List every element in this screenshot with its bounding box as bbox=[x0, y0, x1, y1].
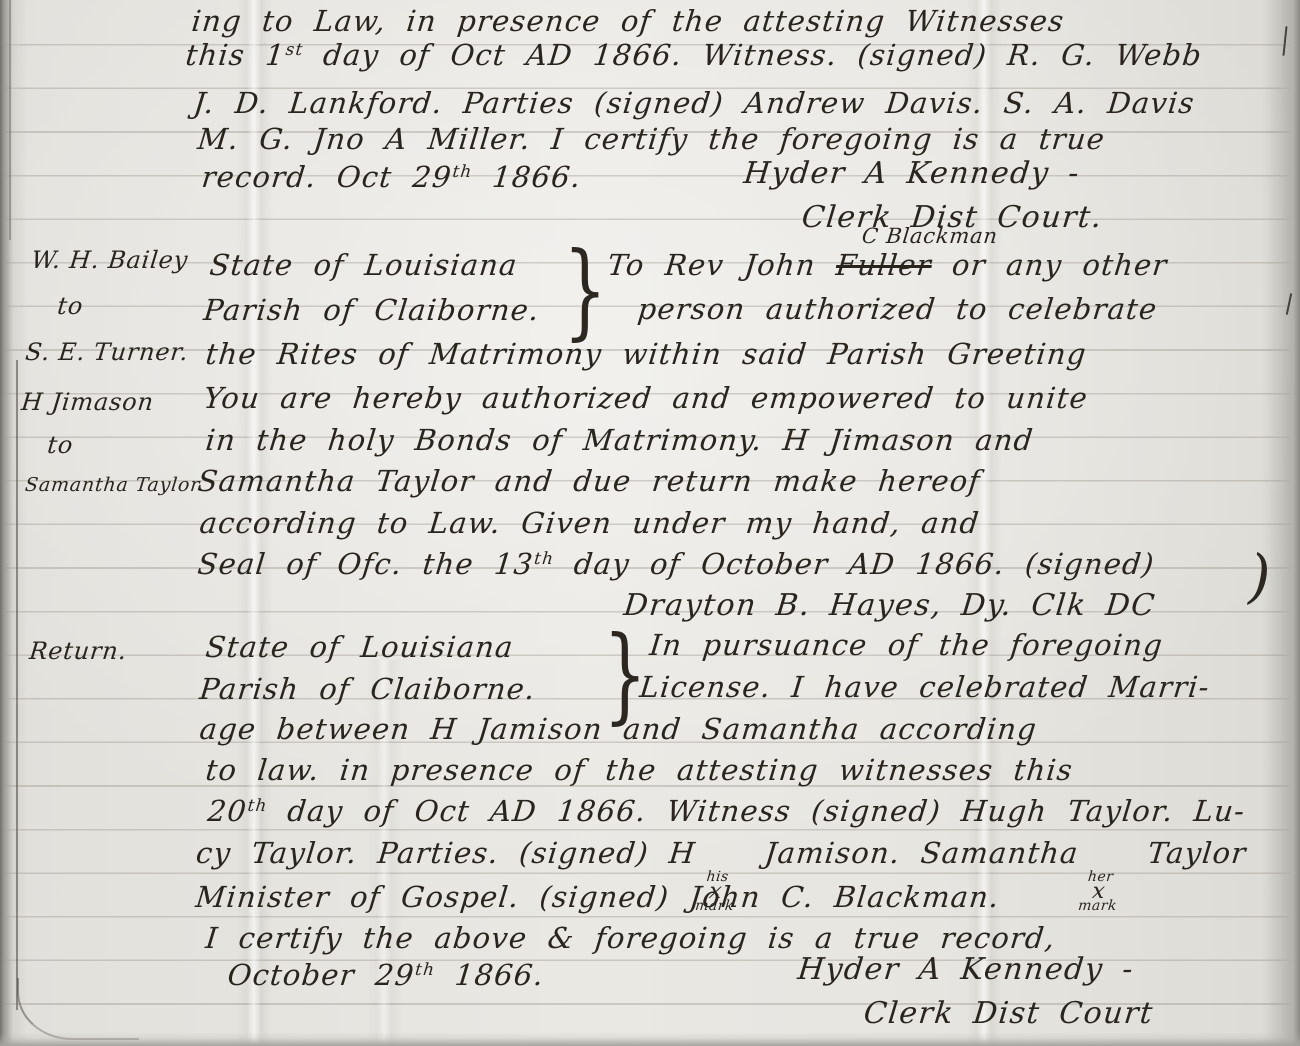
text-segment: October 29 bbox=[226, 958, 416, 992]
closing-paren-mark: ) bbox=[1248, 542, 1271, 610]
margin-note-return: Return. bbox=[28, 637, 128, 665]
return-opening-line-2: License. I have celebrated Marri- bbox=[638, 670, 1212, 704]
license-body-line: the Rites of Matrimony within said Paris… bbox=[204, 337, 1089, 371]
text-segment: Taylor bbox=[1126, 836, 1249, 870]
x-mark-signature: herxmark bbox=[1078, 872, 1121, 912]
interlined-correction: C Blackman bbox=[861, 224, 999, 248]
prior-record-line: record. Oct 29th 1866. bbox=[200, 160, 583, 194]
text-segment: or any other bbox=[930, 248, 1169, 282]
bottom-page-edge bbox=[0, 1032, 1300, 1046]
license-body-line: Samantha Taylor and due return make here… bbox=[196, 464, 982, 498]
text-segment: this 1 bbox=[184, 38, 287, 72]
prior-record-line: M. G. Jno A Miller. I certify the forego… bbox=[196, 122, 1107, 156]
text-segment: cy Taylor. Parties. (signed) H bbox=[194, 836, 697, 870]
return-state-line: State of Louisiana bbox=[204, 630, 516, 664]
prior-record-line: this 1st day of Oct AD 1866. Witness. (s… bbox=[184, 38, 1204, 72]
margin-note-groom-bailey: W. H. Bailey bbox=[30, 246, 190, 274]
license-date-line: Seal of Ofc. the 13th day of October AD … bbox=[196, 547, 1156, 581]
text-segment: day of Oct AD 1866. Witness (signed) Hug… bbox=[265, 794, 1247, 828]
license-brace: } bbox=[563, 238, 607, 342]
text-segment: To Rev John bbox=[606, 248, 838, 282]
return-parish-line: Parish of Claiborne. bbox=[198, 672, 537, 706]
license-state-line: State of Louisiana bbox=[208, 248, 520, 282]
return-date-line: 20th day of Oct AD 1866. Witness (signed… bbox=[206, 794, 1247, 828]
page-edge-line bbox=[16, 360, 18, 1010]
text-segment: th bbox=[452, 161, 474, 181]
return-opening-line: In pursuance of the foregoing bbox=[648, 628, 1165, 662]
license-body-line: in the holy Bonds of Matrimony. H Jimaso… bbox=[204, 423, 1035, 457]
text-segment: 20 bbox=[206, 794, 249, 828]
license-addressee-line-2: person authorized to celebrate bbox=[636, 292, 1159, 326]
text-segment: day of Oct AD 1866. Witness. (signed) R.… bbox=[301, 38, 1204, 72]
crossed-out-text: Fuller bbox=[834, 248, 933, 282]
margin-note-to: to bbox=[46, 431, 75, 459]
margin-note-bride-turner: S. E. Turner. bbox=[24, 338, 190, 366]
margin-note-to: to bbox=[56, 292, 85, 320]
text-segment: th bbox=[533, 548, 555, 568]
return-body-line: to law. in presence of the attesting wit… bbox=[204, 753, 1075, 787]
margin-note-bride-taylor: Samantha Taylor bbox=[24, 474, 201, 496]
text-segment: 1866. bbox=[433, 958, 546, 992]
license-body-line: You are hereby authorized and empowered … bbox=[202, 381, 1090, 415]
clerk-signature: Hyder A Kennedy - bbox=[742, 156, 1082, 191]
page-edge-line-top bbox=[9, 0, 11, 240]
prior-record-line: J. D. Lankford. Parties (signed) Andrew … bbox=[192, 86, 1197, 120]
text-segment: 1866. bbox=[470, 160, 583, 194]
ledger-page-scan: ing to Law, in presence of the attesting… bbox=[0, 0, 1300, 1046]
text-segment: Jamison. Samantha bbox=[743, 836, 1081, 870]
binding-edge bbox=[0, 0, 28, 1046]
return-certify-line: I certify the above & foregoing is a tru… bbox=[204, 921, 1057, 955]
clerk-signature: Hyder A Kennedy - bbox=[796, 952, 1136, 987]
clerk-title: Clerk Dist Court bbox=[862, 996, 1155, 1031]
text-segment: day of October AD 1866. (signed) bbox=[552, 547, 1157, 581]
text-segment: th bbox=[247, 795, 269, 815]
text-segment: th bbox=[414, 959, 436, 979]
license-body-line: according to Law. Given under my hand, a… bbox=[198, 506, 981, 540]
text-segment: record. Oct 29 bbox=[200, 160, 454, 194]
right-page-edge bbox=[1268, 0, 1300, 1046]
prior-record-line: ing to Law, in presence of the attesting… bbox=[190, 4, 1066, 38]
margin-note-groom-jimason: H Jimason bbox=[20, 388, 155, 416]
text-segment: Seal of Ofc. the 13 bbox=[196, 547, 535, 581]
license-parish-line: Parish of Claiborne. bbox=[202, 293, 541, 327]
license-addressee-line: To Rev John Fuller or any other bbox=[606, 248, 1169, 282]
return-body-line: age between H Jamison and Samantha accor… bbox=[198, 712, 1039, 746]
return-minister-line: Minister of Gospel. (signed) John C. Bla… bbox=[194, 880, 1001, 914]
return-certify-date: October 29th 1866. bbox=[226, 958, 546, 992]
deputy-clerk-signature: Drayton B. Hayes, Dy. Clk DC bbox=[622, 588, 1158, 623]
